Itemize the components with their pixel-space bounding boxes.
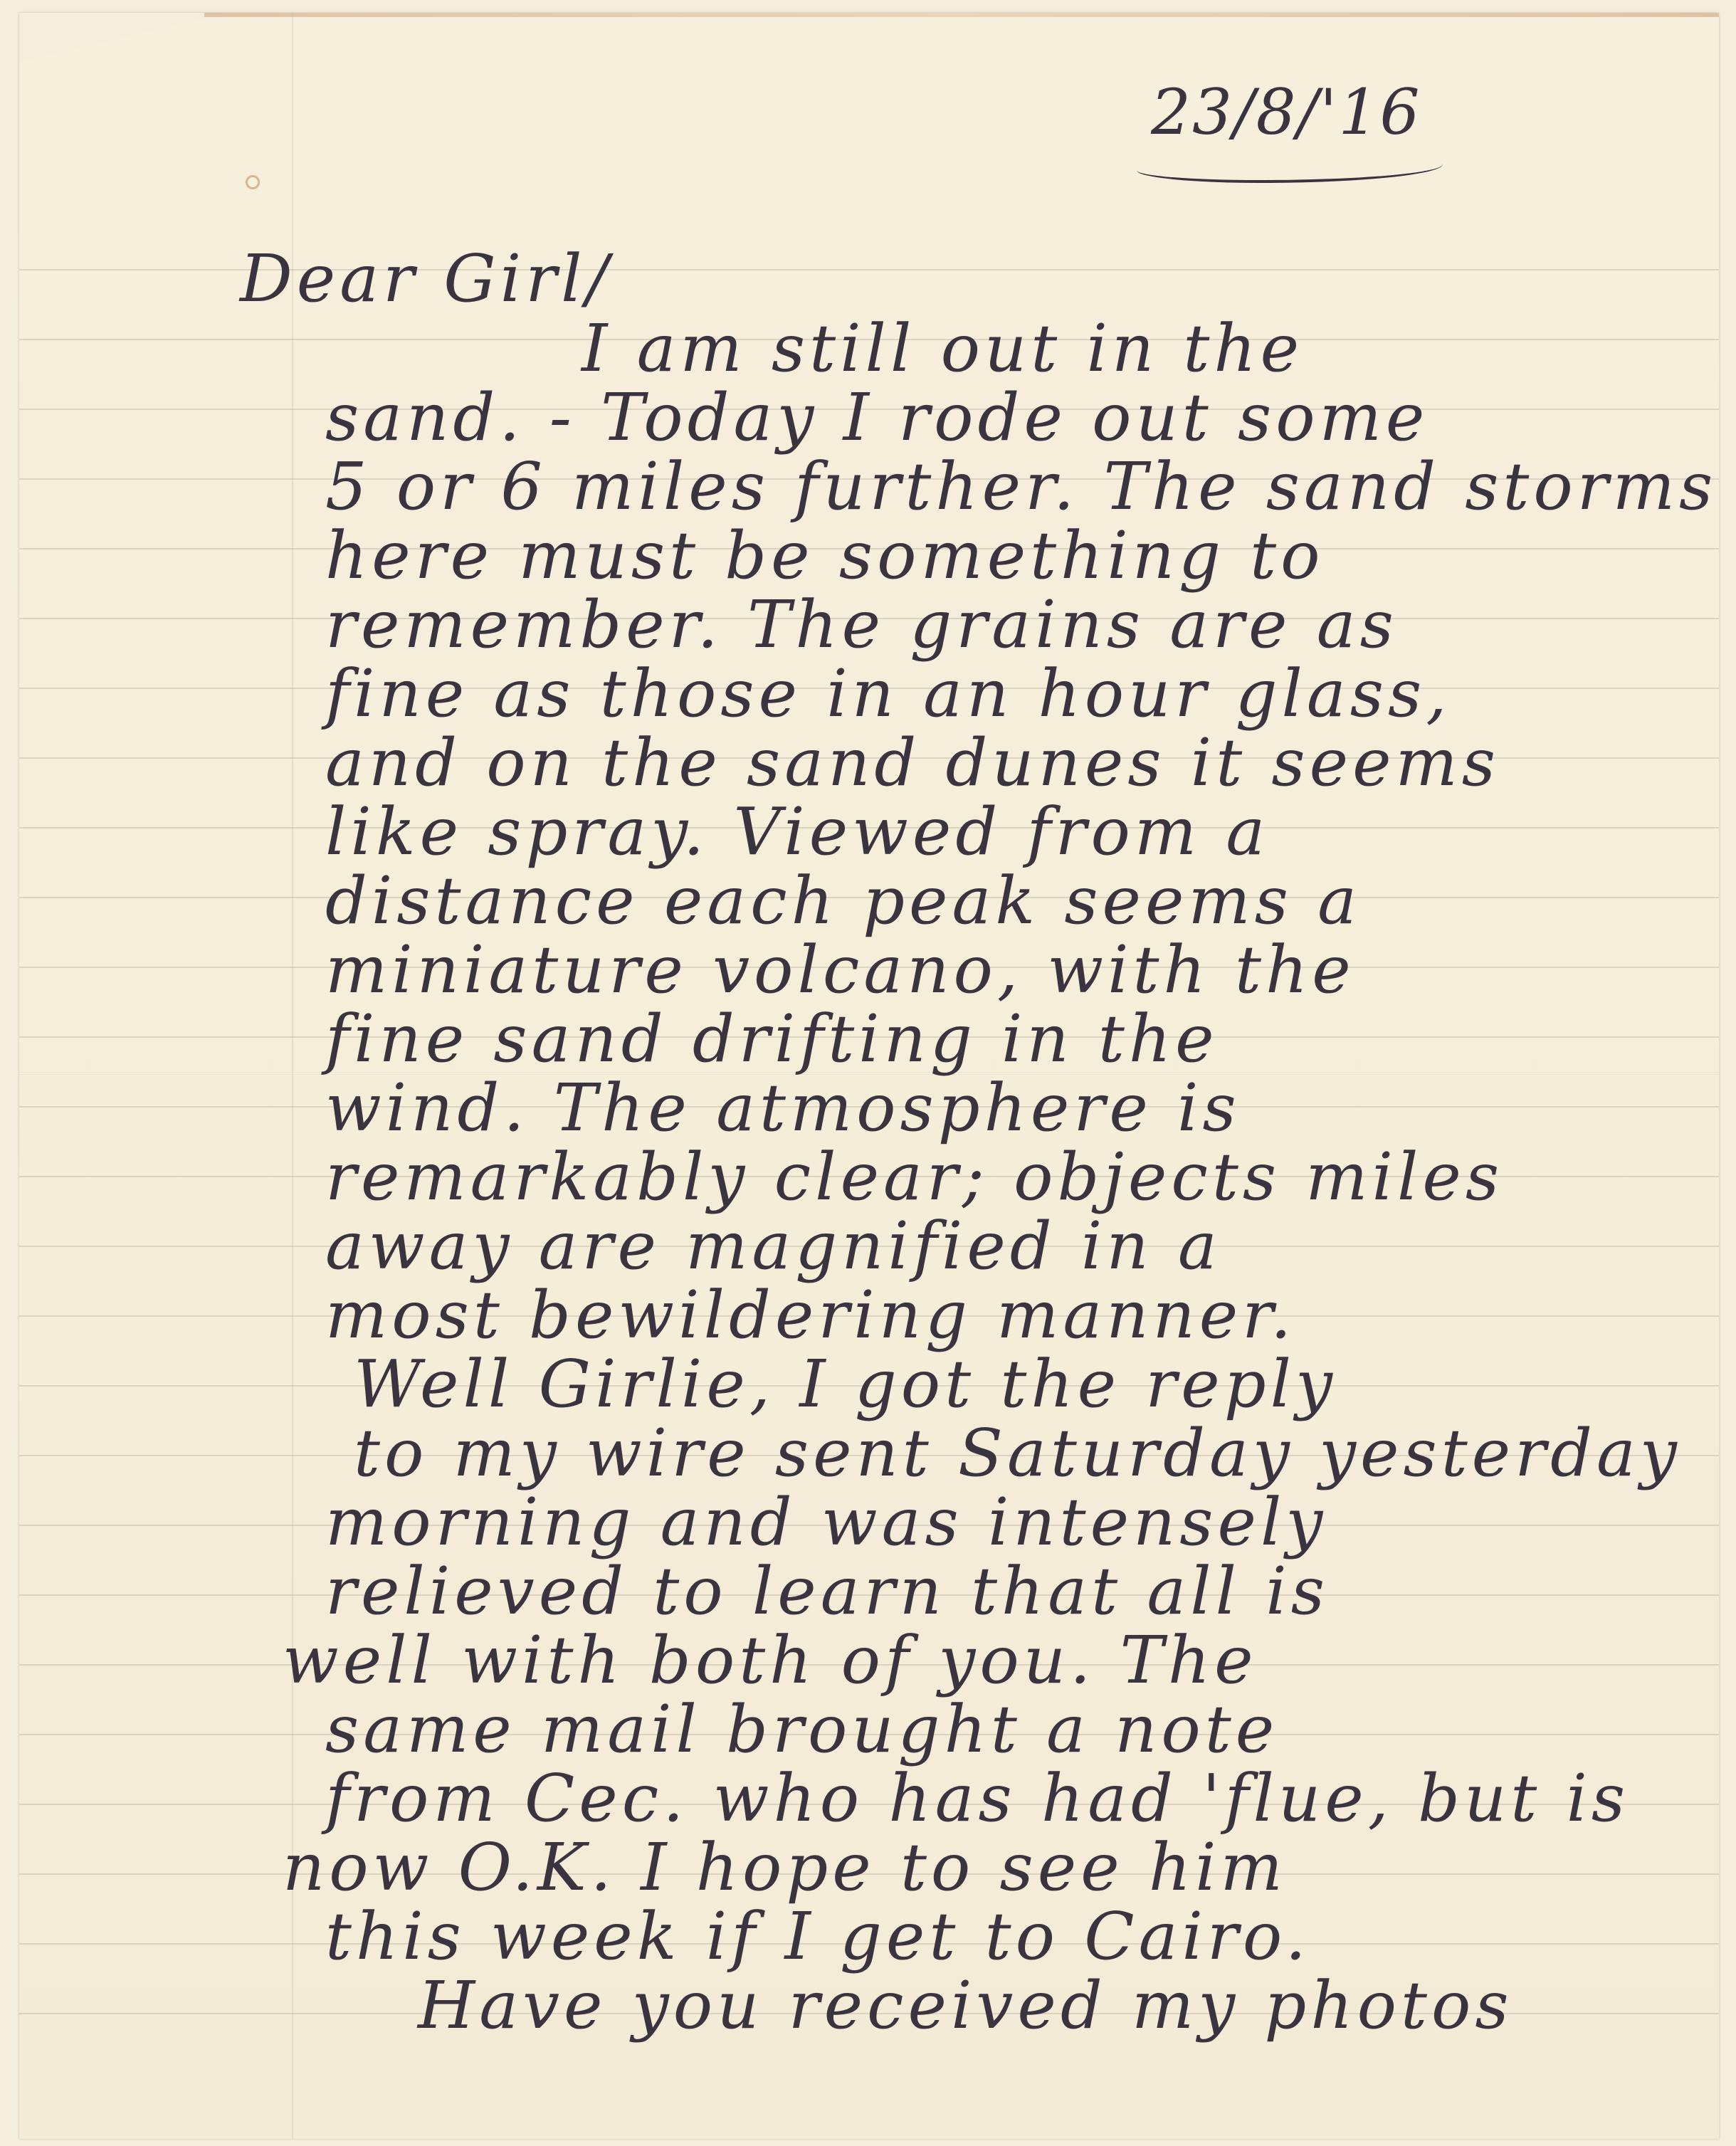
letter-line: wind. The atmosphere is [325,1070,1241,1146]
letter-line: morning and was intensely [325,1484,1327,1560]
letter-line: sand. - Today I rode out some [325,379,1429,456]
letter-line: this week if I get to Cairo. [325,1898,1310,1974]
margin-rule [292,13,293,2139]
letter-line: to my wire sent Saturday yesterday [354,1415,1681,1491]
letter-line: Have you received my photos [418,1967,1513,2044]
letter-line: Well Girlie, I got the reply [354,1346,1337,1422]
letter-line: miniature volcano, with the [325,932,1355,1008]
letter-line: 5 or 6 miles further. The sand storms [325,448,1717,525]
letter-line: remarkably clear; objects miles [325,1139,1503,1215]
letter-line: fine as those in an hour glass, [325,656,1451,732]
rust-spot [246,175,260,189]
letter-date: 23/8/'16 [1151,75,1421,149]
letter-line: well with both of you. The [283,1622,1258,1698]
date-flourish [1137,152,1443,183]
letter-line: away are magnified in a [325,1208,1221,1284]
letter-line: here must be something to [325,517,1325,594]
letter-line: and on the sand dunes it seems [325,725,1500,801]
letter-line: I am still out in the [582,310,1303,386]
letter-line: fine sand drifting in the [325,1001,1219,1077]
letter-line: most bewildering manner. [325,1277,1295,1353]
letter-line: like spray. Viewed from a [325,794,1269,870]
letter-line: remember. The grains are as [325,587,1398,663]
letter-line: distance each peak seems a [325,863,1361,939]
letter-line: same mail brought a note [325,1691,1278,1767]
letter-line: relieved to learn that all is [325,1553,1329,1629]
letter-page: 23/8/'16 Dear Girl/ I am still out in th… [19,13,1719,2139]
letter-line: from Cec. who has had 'flue, but is [325,1760,1629,1836]
torn-corner [19,13,204,70]
salutation: Dear Girl/ [240,241,613,317]
letter-line: now O.K. I hope to see him [283,1829,1287,1905]
top-edge-stain [183,13,1719,17]
